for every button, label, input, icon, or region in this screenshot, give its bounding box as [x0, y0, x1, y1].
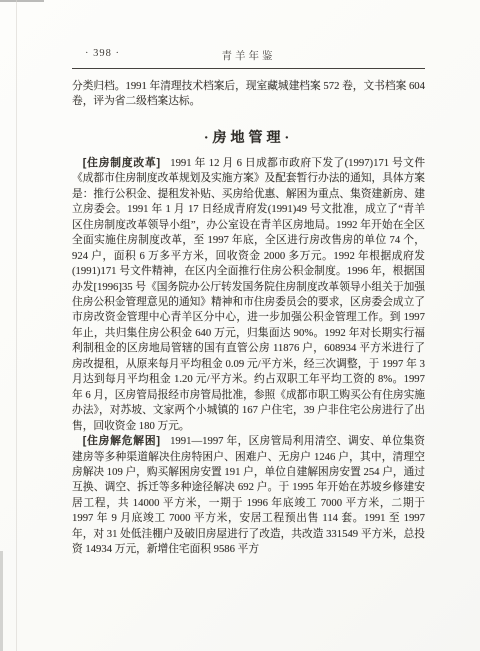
book-title: 青羊年鉴	[72, 48, 425, 63]
chapter-heading: ·房地管理·	[72, 127, 425, 147]
header-rule	[72, 68, 425, 69]
section-label-housing-reform: [住房制度改革]	[83, 157, 161, 169]
section-paragraph-housing-reform: [住房制度改革]1991 年 12 月 6 日成都市政府下发了(1997)171…	[72, 156, 425, 434]
section-text-housing-relief: 1991—1997 年，区房管局利用清空、调安、单位集资建房等多种渠道解决住房特…	[72, 435, 425, 555]
section-text-housing-reform: 1991 年 12 月 6 日成都市政府下发了(1997)171 号文件《成都市…	[72, 157, 425, 432]
section-paragraph-housing-relief: [住房解危解困]1991—1997 年，区房管局利用清空、调安、单位集资建房等多…	[72, 434, 425, 558]
running-header: · 398 · 青羊年鉴	[72, 48, 425, 63]
intro-paragraph: 分类归档。1991 年清理技术档案后，现室藏城建档案 572 卷，文书档案 60…	[72, 79, 425, 110]
scanned-yearbook-page: · 398 · 青羊年鉴 分类归档。1991 年清理技术档案后，现室藏城建档案 …	[0, 0, 480, 651]
scan-artifact-top	[0, 0, 44, 2]
section-label-housing-relief: [住房解危解困]	[83, 435, 161, 447]
scan-artifact-left	[0, 551, 3, 651]
page-number: · 398 ·	[85, 48, 120, 59]
scan-page-edge	[16, 0, 17, 651]
page-content: · 398 · 青羊年鉴 分类归档。1991 年清理技术档案后，现室藏城建档案 …	[72, 48, 425, 558]
